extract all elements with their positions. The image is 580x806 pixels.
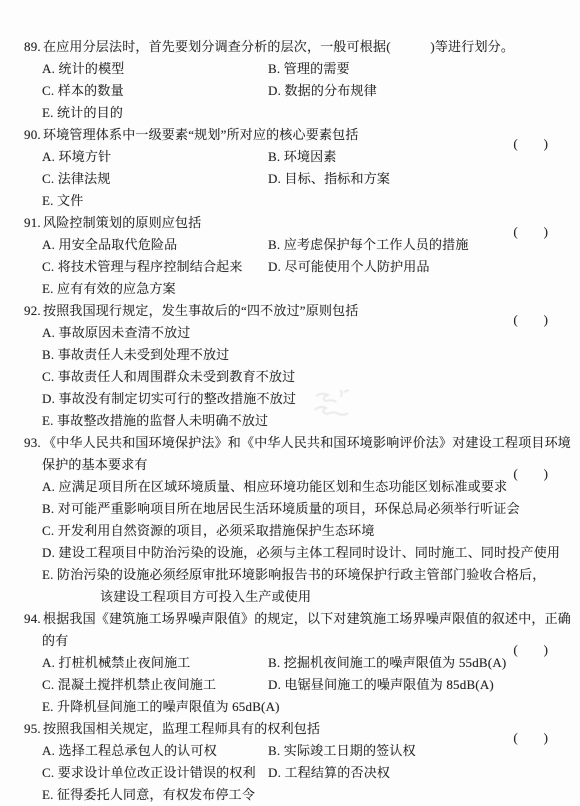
options-grid: A. 选择工程总承包人的认可权 B. 实际竣工日期的签认权 C. 要求设计单位改… bbox=[0, 740, 580, 806]
question-number: 92. bbox=[24, 300, 43, 322]
option-b: B. 事故责任人未受到处理不放过 bbox=[0, 344, 580, 366]
option-c: C. 开发利用自然资源的项目，必须采取措施保护生态环境 bbox=[0, 520, 580, 542]
question-text: 按照我国现行规定，发生事故后的“四不放过”原则包括 bbox=[43, 303, 359, 318]
question-text: 保护的基本要求有 bbox=[42, 457, 148, 472]
option-a: A. 选择工程总承包人的认可权 bbox=[42, 740, 268, 762]
question-93: 93.《中华人民共和国环境保护法》和《中华人民共和国环境影响评价法》对建设工程项… bbox=[0, 432, 580, 608]
question-stem: 89.在应用分层法时，首先要划分调查分析的层次，一般可根据( )等进行划分。 bbox=[0, 36, 580, 58]
question-text: 风险控制策划的原则应包括 bbox=[43, 215, 201, 230]
option-c: C. 事故责任人和周围群众未受到教育不放过 bbox=[0, 366, 580, 388]
options-grid: A. 统计的模型 B. 管理的需要 C. 样本的数量 D. 数据的分布规律 E.… bbox=[0, 58, 580, 124]
question-stem-line2: 的有( ) bbox=[0, 630, 580, 652]
question-stem: 90.环境管理体系中一级要素“规划”所对应的核心要素包括( ) bbox=[0, 124, 580, 146]
option-d: D. 尽可能使用个人防护用品 bbox=[268, 256, 580, 278]
question-95: 95.按照我国相关规定，监理工程师具有的权利包括( ) A. 选择工程总承包人的… bbox=[0, 718, 580, 806]
question-94: 94.根据我国《建筑施工场界噪声限值》的规定，以下对建筑施工场界噪声限值的叙述中… bbox=[0, 608, 580, 718]
question-text: 的有 bbox=[42, 633, 68, 648]
options-grid: A. 打桩机械禁止夜间施工 B. 挖掘机夜间施工的噪声限值为 55dB(A) C… bbox=[0, 652, 580, 718]
option-e: E. 应有有效的应急方案 bbox=[42, 278, 268, 300]
option-d: D. 数据的分布规律 bbox=[268, 80, 580, 102]
answer-bracket: ( ) bbox=[513, 133, 548, 155]
option-e: E. 征得委托人同意，有权发布停工令 bbox=[42, 784, 268, 806]
options-list: A. 应满足项目所在区域环境质量、相应环境功能区划和生态功能区划标准或要求 B.… bbox=[0, 476, 580, 608]
option-e: E. 防治污染的设施必须经原审批环境影响报告书的环境保护行政主管部门验收合格后， bbox=[0, 564, 580, 586]
question-text: 按照我国相关规定，监理工程师具有的权利包括 bbox=[43, 721, 320, 736]
option-a: A. 用安全品取代危险品 bbox=[42, 234, 268, 256]
option-d: D. 目标、指标和方案 bbox=[268, 168, 580, 190]
option-e: E. 升降机昼间施工的噪声限值为 65dB(A) bbox=[42, 696, 268, 718]
question-number: 94. bbox=[24, 608, 43, 630]
question-text: 环境管理体系中一级要素“规划”所对应的核心要素包括 bbox=[43, 127, 359, 142]
option-d: D. 电锯昼间施工的噪声限值为 85dB(A) bbox=[268, 674, 580, 696]
question-number: 91. bbox=[24, 212, 43, 234]
option-e: E. 文件 bbox=[42, 190, 268, 212]
answer-bracket: ( ) bbox=[513, 221, 548, 243]
question-stem-line2: 保护的基本要求有( ) bbox=[0, 454, 580, 476]
question-stem: 92.按照我国现行规定，发生事故后的“四不放过”原则包括( ) bbox=[0, 300, 580, 322]
option-c: C. 混凝土搅拌机禁止夜间施工 bbox=[42, 674, 268, 696]
question-90: 90.环境管理体系中一级要素“规划”所对应的核心要素包括( ) A. 环境方针 … bbox=[0, 124, 580, 212]
question-89: 89.在应用分层法时，首先要划分调查分析的层次，一般可根据( )等进行划分。 A… bbox=[0, 36, 580, 124]
option-a: A. 事故原因未查清不放过 bbox=[0, 322, 580, 344]
question-number: 90. bbox=[24, 124, 43, 146]
option-d: D. 工程结算的否决权 bbox=[268, 762, 580, 784]
option-c: C. 要求设计单位改正设计错误的权利 bbox=[42, 762, 268, 784]
option-a: A. 应满足项目所在区域环境质量、相应环境功能区划和生态功能区划标准或要求 bbox=[0, 476, 580, 498]
option-a: A. 环境方针 bbox=[42, 146, 268, 168]
option-d: D. 事故没有制定切实可行的整改措施不放过 bbox=[0, 388, 580, 410]
question-text: 《中华人民共和国环境保护法》和《中华人民共和国环境影响评价法》对建设工程项目环境 bbox=[43, 435, 571, 450]
option-c: C. 将技术管理与程序控制结合起来 bbox=[42, 256, 268, 278]
question-91: 91.风险控制策划的原则应包括( ) A. 用安全品取代危险品 B. 应考虑保护… bbox=[0, 212, 580, 300]
question-number: 95. bbox=[24, 718, 43, 740]
answer-bracket: ( ) bbox=[513, 639, 548, 661]
question-text: 根据我国《建筑施工场界噪声限值》的规定，以下对建筑施工场界噪声限值的叙述中，正确 bbox=[43, 611, 571, 626]
option-e: E. 统计的目的 bbox=[42, 102, 268, 124]
option-a: A. 打桩机械禁止夜间施工 bbox=[42, 652, 268, 674]
option-e-continuation: 该建设工程项目方可投入生产或使用 bbox=[0, 586, 580, 608]
question-number: 93. bbox=[24, 432, 43, 454]
question-text: 在应用分层法时，首先要划分调查分析的层次，一般可根据( )等进行划分。 bbox=[43, 39, 514, 54]
option-c: C. 法律法规 bbox=[42, 168, 268, 190]
options-list: A. 事故原因未查清不放过 B. 事故责任人未受到处理不放过 C. 事故责任人和… bbox=[0, 322, 580, 432]
option-a: A. 统计的模型 bbox=[42, 58, 268, 80]
answer-bracket: ( ) bbox=[513, 727, 548, 749]
question-92: 92.按照我国现行规定，发生事故后的“四不放过”原则包括( ) A. 事故原因未… bbox=[0, 300, 580, 432]
option-b: B. 对可能严重影响项目所在地居民生活环境质量的项目，环保总局必须举行听证会 bbox=[0, 498, 580, 520]
options-grid: A. 环境方针 B. 环境因素 C. 法律法规 D. 目标、指标和方案 E. 文… bbox=[0, 146, 580, 212]
option-c: C. 样本的数量 bbox=[42, 80, 268, 102]
question-number: 89. bbox=[24, 36, 43, 58]
question-stem: 93.《中华人民共和国环境保护法》和《中华人民共和国环境影响评价法》对建设工程项… bbox=[0, 432, 580, 454]
question-stem: 95.按照我国相关规定，监理工程师具有的权利包括( ) bbox=[0, 718, 580, 740]
question-stem: 91.风险控制策划的原则应包括( ) bbox=[0, 212, 580, 234]
option-b: B. 管理的需要 bbox=[268, 58, 580, 80]
option-e: E. 事故整改措施的监督人未明确不放过 bbox=[0, 410, 580, 432]
options-grid: A. 用安全品取代危险品 B. 应考虑保护每个工作人员的措施 C. 将技术管理与… bbox=[0, 234, 580, 300]
exam-page: 89.在应用分层法时，首先要划分调查分析的层次，一般可根据( )等进行划分。 A… bbox=[0, 0, 580, 806]
option-d: D. 建设工程项目中防治污染的设施，必须与主体工程同时设计、同时施工、同时投产使… bbox=[0, 542, 580, 564]
question-stem: 94.根据我国《建筑施工场界噪声限值》的规定，以下对建筑施工场界噪声限值的叙述中… bbox=[0, 608, 580, 630]
